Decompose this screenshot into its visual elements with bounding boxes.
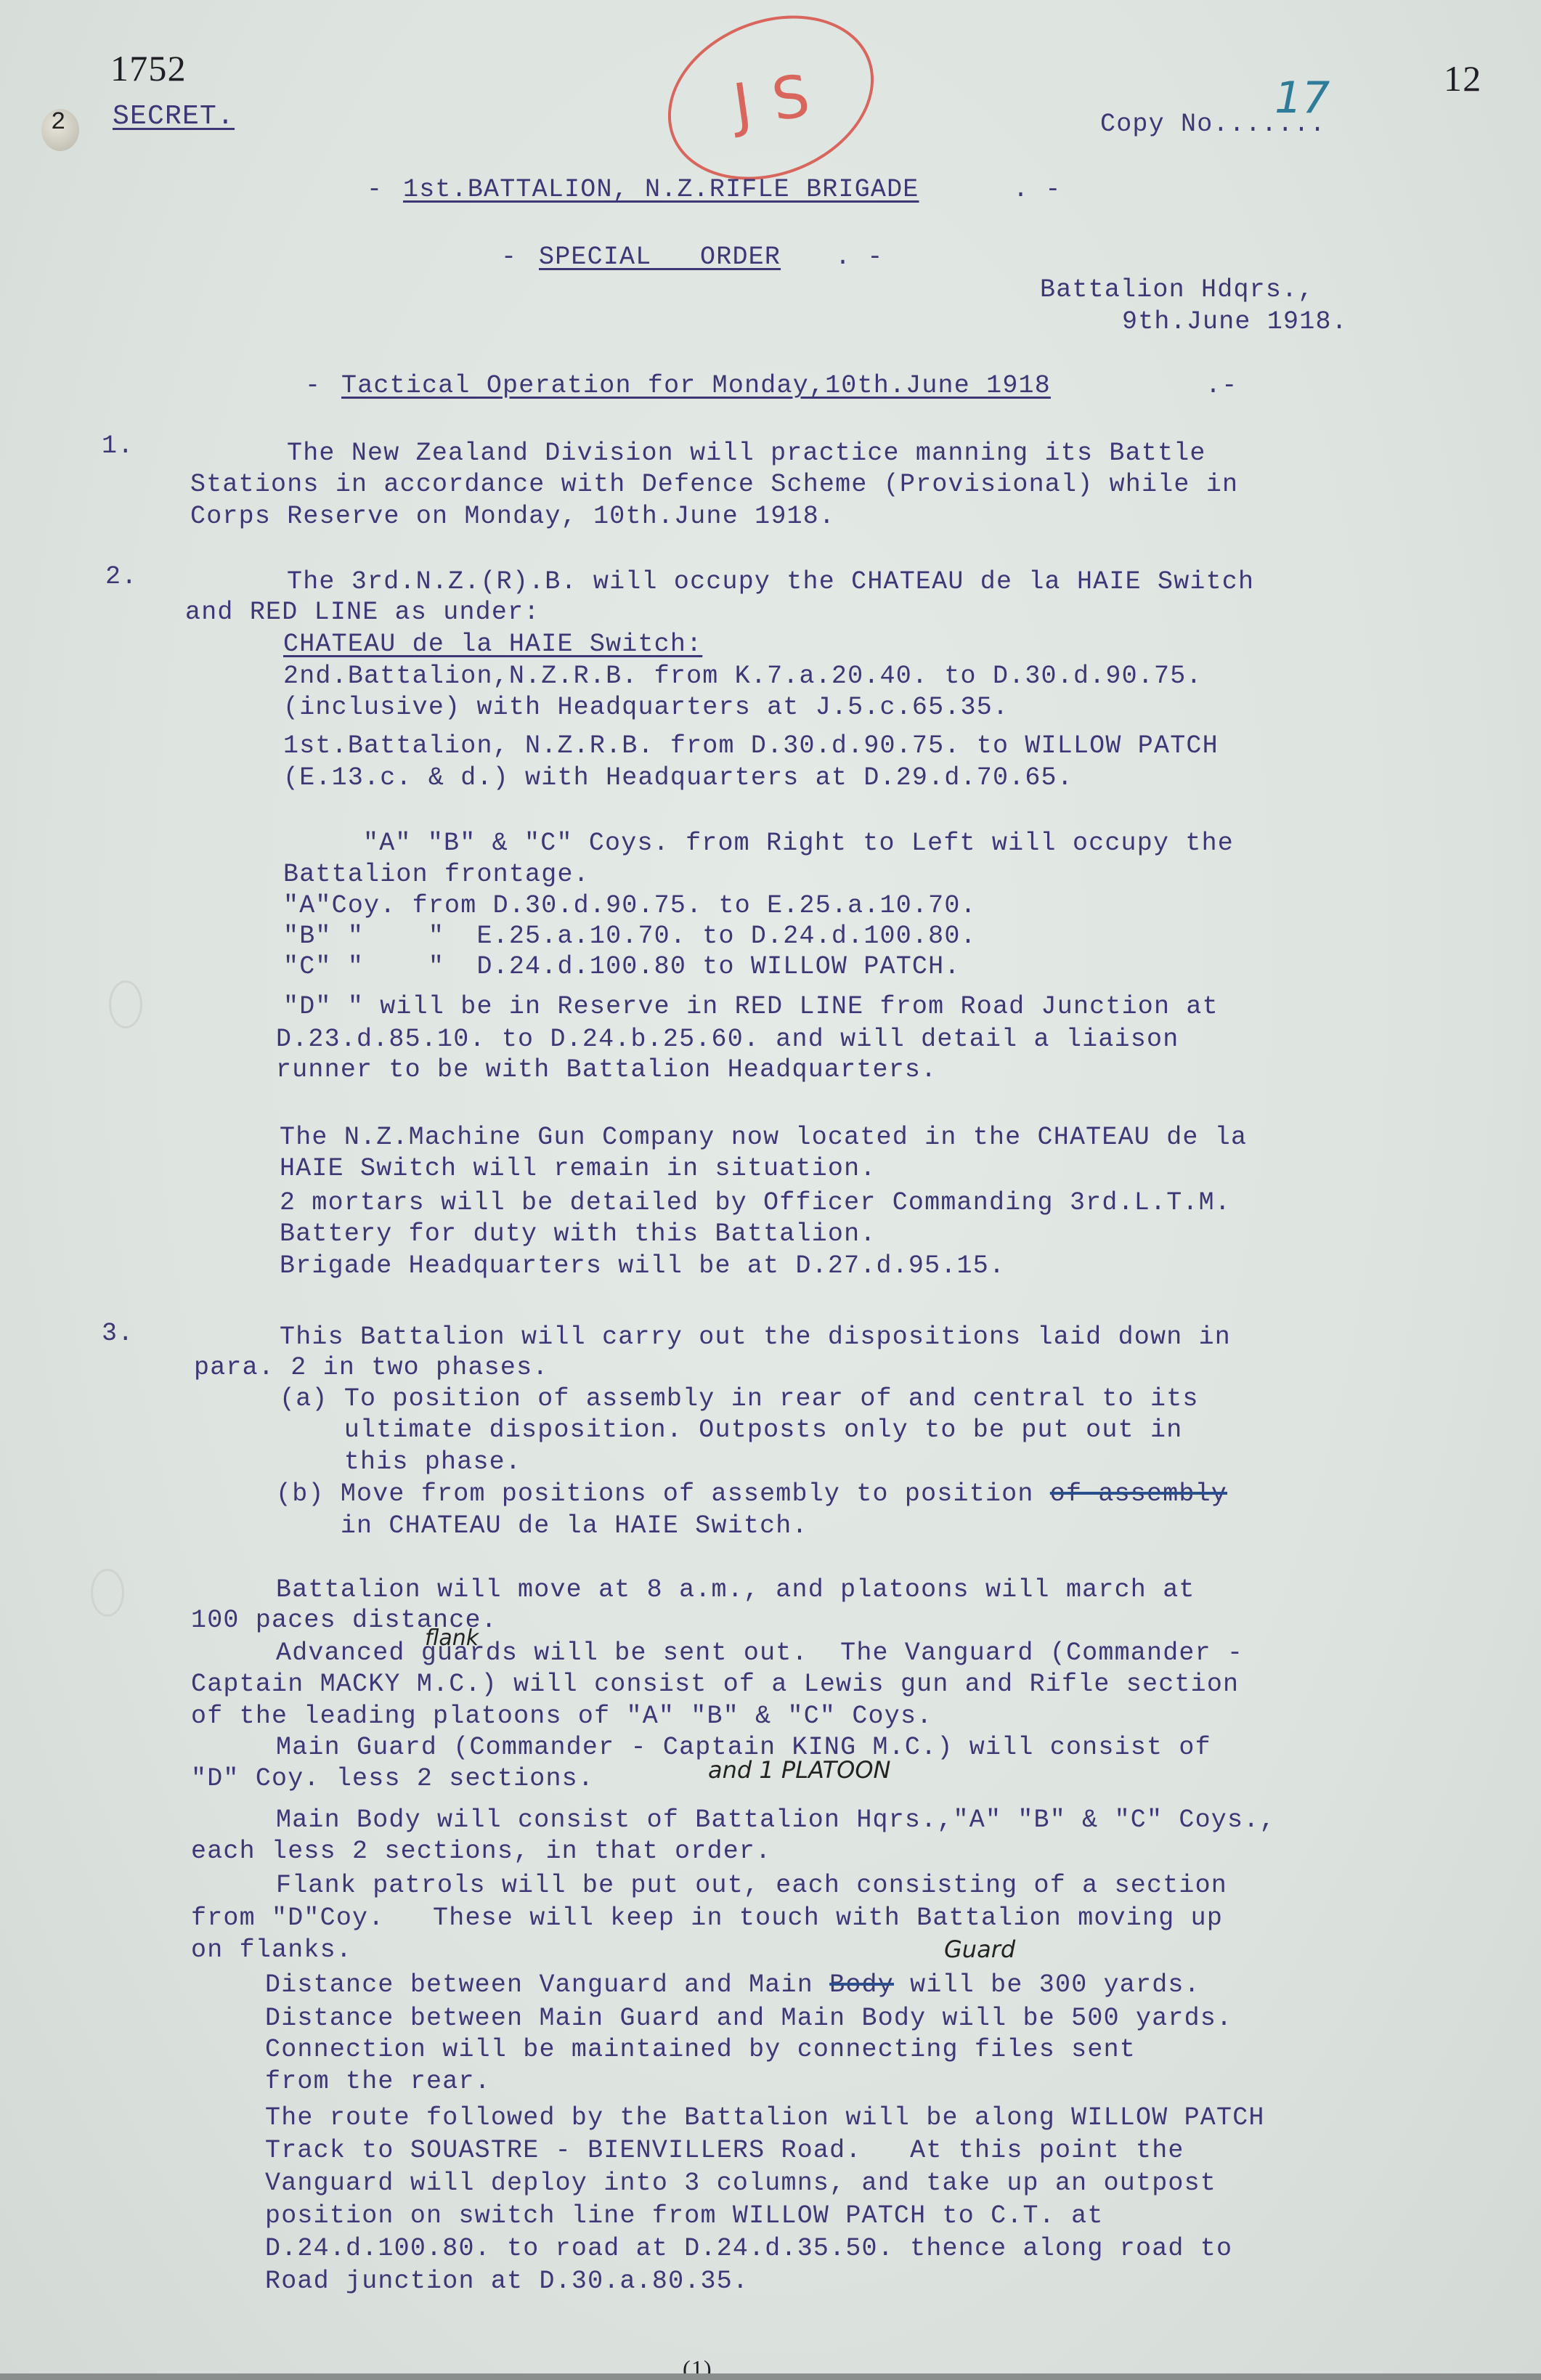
margin-mark: 2: [51, 107, 67, 138]
distance-line: Distance between Main Guard and Main Bod…: [265, 2003, 1232, 2034]
phase-a: this phase.: [280, 1447, 521, 1477]
battalion-line: (E.13.c. & d.) with Headquarters at D.29…: [283, 763, 1073, 793]
advanced-guard-line: of the leading platoons of "A" "B" & "C"…: [191, 1701, 932, 1731]
distance-line: Distance between Vanguard and Main Body …: [265, 1970, 1200, 2000]
flank-patrol-line: on flanks.: [191, 1935, 352, 1965]
coys-intro: "A" "B" & "C" Coys. from Right to Left w…: [363, 828, 1234, 858]
support-line: Brigade Headquarters will be at D.27.d.9…: [280, 1251, 1005, 1281]
guard-correction-handwritten: Guard: [944, 1936, 1015, 1963]
para-3-number: 3.: [102, 1318, 134, 1349]
page-number: 12: [1444, 58, 1481, 99]
coys-intro: Battalion frontage.: [283, 859, 590, 890]
coy-line: "C" " " D.24.d.100.80 to WILLOW PATCH.: [283, 951, 961, 982]
phase-b-struck-text: of assembly: [1050, 1479, 1227, 1508]
para-2-subheading: CHATEAU de la HAIE Switch:: [283, 629, 702, 659]
distance-struck-text: Body: [829, 1970, 894, 1999]
route-line: The route followed by the Battalion will…: [265, 2103, 1265, 2133]
main-guard-line: "D" Coy. less 2 sections.: [191, 1763, 594, 1794]
battalion-line: 1st.Battalion, N.Z.R.B. from D.30.d.90.7…: [283, 731, 1219, 761]
document-page: 1752 12 2 SECRET. JS Copy No....... 17 -…: [0, 0, 1541, 2380]
phase-b: in CHATEAU de la HAIE Switch.: [276, 1511, 808, 1541]
main-body-line: each less 2 sections, in that order.: [191, 1836, 771, 1867]
phase-b-text: (b) Move from positions of assembly to p…: [276, 1479, 1050, 1508]
origin-date: 9th.June 1918.: [1122, 306, 1348, 337]
para-2-intro: The 3rd.N.Z.(R).B. will occupy the CHATE…: [287, 566, 1254, 597]
support-line: 2 mortars will be detailed by Officer Co…: [280, 1187, 1231, 1218]
coy-line: "A"Coy. from D.30.d.90.75. to E.25.a.10.…: [283, 890, 977, 921]
subject-dash: -: [305, 370, 321, 401]
battalion-line: 2nd.Battalion,N.Z.R.B. from K.7.a.20.40.…: [283, 661, 1203, 691]
battalion-line: (inclusive) with Headquarters at J.5.c.6…: [283, 692, 1009, 723]
route-line: position on switch line from WILLOW PATC…: [265, 2201, 1104, 2231]
file-number: 1752: [110, 48, 187, 89]
unit-title-end: . -: [1013, 174, 1062, 205]
page-bottom-edge: [0, 2373, 1541, 2380]
punch-hole-faint: [91, 1569, 124, 1617]
para-1-line: The New Zealand Division will practice m…: [287, 438, 1206, 468]
distance-text: will be 300 yards.: [894, 1970, 1200, 1999]
order-type: SPECIAL ORDER: [539, 242, 781, 272]
distance-text: Distance between Vanguard and Main: [265, 1970, 829, 1999]
distance-line: from the rear.: [265, 2066, 491, 2097]
coy-line: "B" " " E.25.a.10.70. to D.24.d.100.80.: [283, 921, 977, 951]
advanced-guard-line: Advanced guards will be sent out. The Va…: [276, 1638, 1243, 1668]
para-2-number: 2.: [105, 561, 137, 592]
para-1-line: Corps Reserve on Monday, 10th.June 1918.: [190, 501, 835, 532]
unit-title-dashes: -: [367, 174, 383, 205]
para-1-number: 1.: [102, 431, 134, 461]
route-line: Road junction at D.30.a.80.35.: [265, 2266, 749, 2296]
phase-a: (a) To position of assembly in rear of a…: [280, 1384, 1199, 1414]
flank-patrol-line: Flank patrols will be put out, each cons…: [276, 1870, 1227, 1901]
support-line: The N.Z.Machine Gun Company now located …: [280, 1122, 1247, 1153]
advanced-guard-line: Captain MACKY M.C.) will consist of a Le…: [191, 1669, 1239, 1699]
coy-line: "D" " will be in Reserve in RED LINE fro…: [283, 991, 1219, 1022]
origin-line-1: Battalion Hdqrs.,: [1040, 275, 1314, 305]
support-line: Battery for duty with this Battalion.: [280, 1219, 877, 1249]
order-type-end: . -: [835, 242, 884, 272]
support-line: HAIE Switch will remain in situation.: [280, 1153, 877, 1184]
distance-line: Connection will be maintained by connect…: [265, 2034, 1136, 2065]
phase-a: ultimate disposition. Outposts only to b…: [280, 1415, 1182, 1445]
para-1-line: Stations in accordance with Defence Sche…: [190, 469, 1238, 500]
para-2-intro: and RED LINE as under:: [185, 597, 540, 628]
flank-patrol-line: from "D"Coy. These will keep in touch wi…: [191, 1903, 1223, 1933]
para-3-intro: para. 2 in two phases.: [194, 1352, 548, 1383]
classification: SECRET.: [113, 102, 235, 132]
route-line: D.24.d.100.80. to road at D.24.d.35.50. …: [265, 2233, 1232, 2264]
phase-b: (b) Move from positions of assembly to p…: [276, 1479, 1227, 1509]
unit-title: 1st.BATTALION, N.Z.RIFLE BRIGADE: [403, 174, 919, 205]
punch-hole-faint: [109, 980, 142, 1028]
main-guard-handwritten-addition: and 1 PLATOON: [708, 1756, 890, 1784]
order-type-dash: -: [501, 242, 517, 272]
subject-title: Tactical Operation for Monday,10th.June …: [341, 370, 1051, 401]
para-3-intro: This Battalion will carry out the dispos…: [280, 1322, 1231, 1352]
copy-number-handwritten: 17: [1274, 73, 1330, 123]
subject-end: .-: [1205, 370, 1237, 401]
route-line: Vanguard will deploy into 3 columns, and…: [265, 2168, 1216, 2198]
reference-stamp-initials: JS: [729, 59, 835, 139]
coy-line: runner to be with Battalion Headquarters…: [276, 1055, 937, 1085]
route-line: Track to SOUASTRE - BIENVILLERS Road. At…: [265, 2135, 1184, 2166]
main-body-line: Main Body will consist of Battalion Hqrs…: [276, 1805, 1276, 1835]
coy-line: D.23.d.85.10. to D.24.b.25.60. and will …: [276, 1024, 1179, 1055]
march-line: Battalion will move at 8 a.m., and plato…: [276, 1575, 1195, 1605]
